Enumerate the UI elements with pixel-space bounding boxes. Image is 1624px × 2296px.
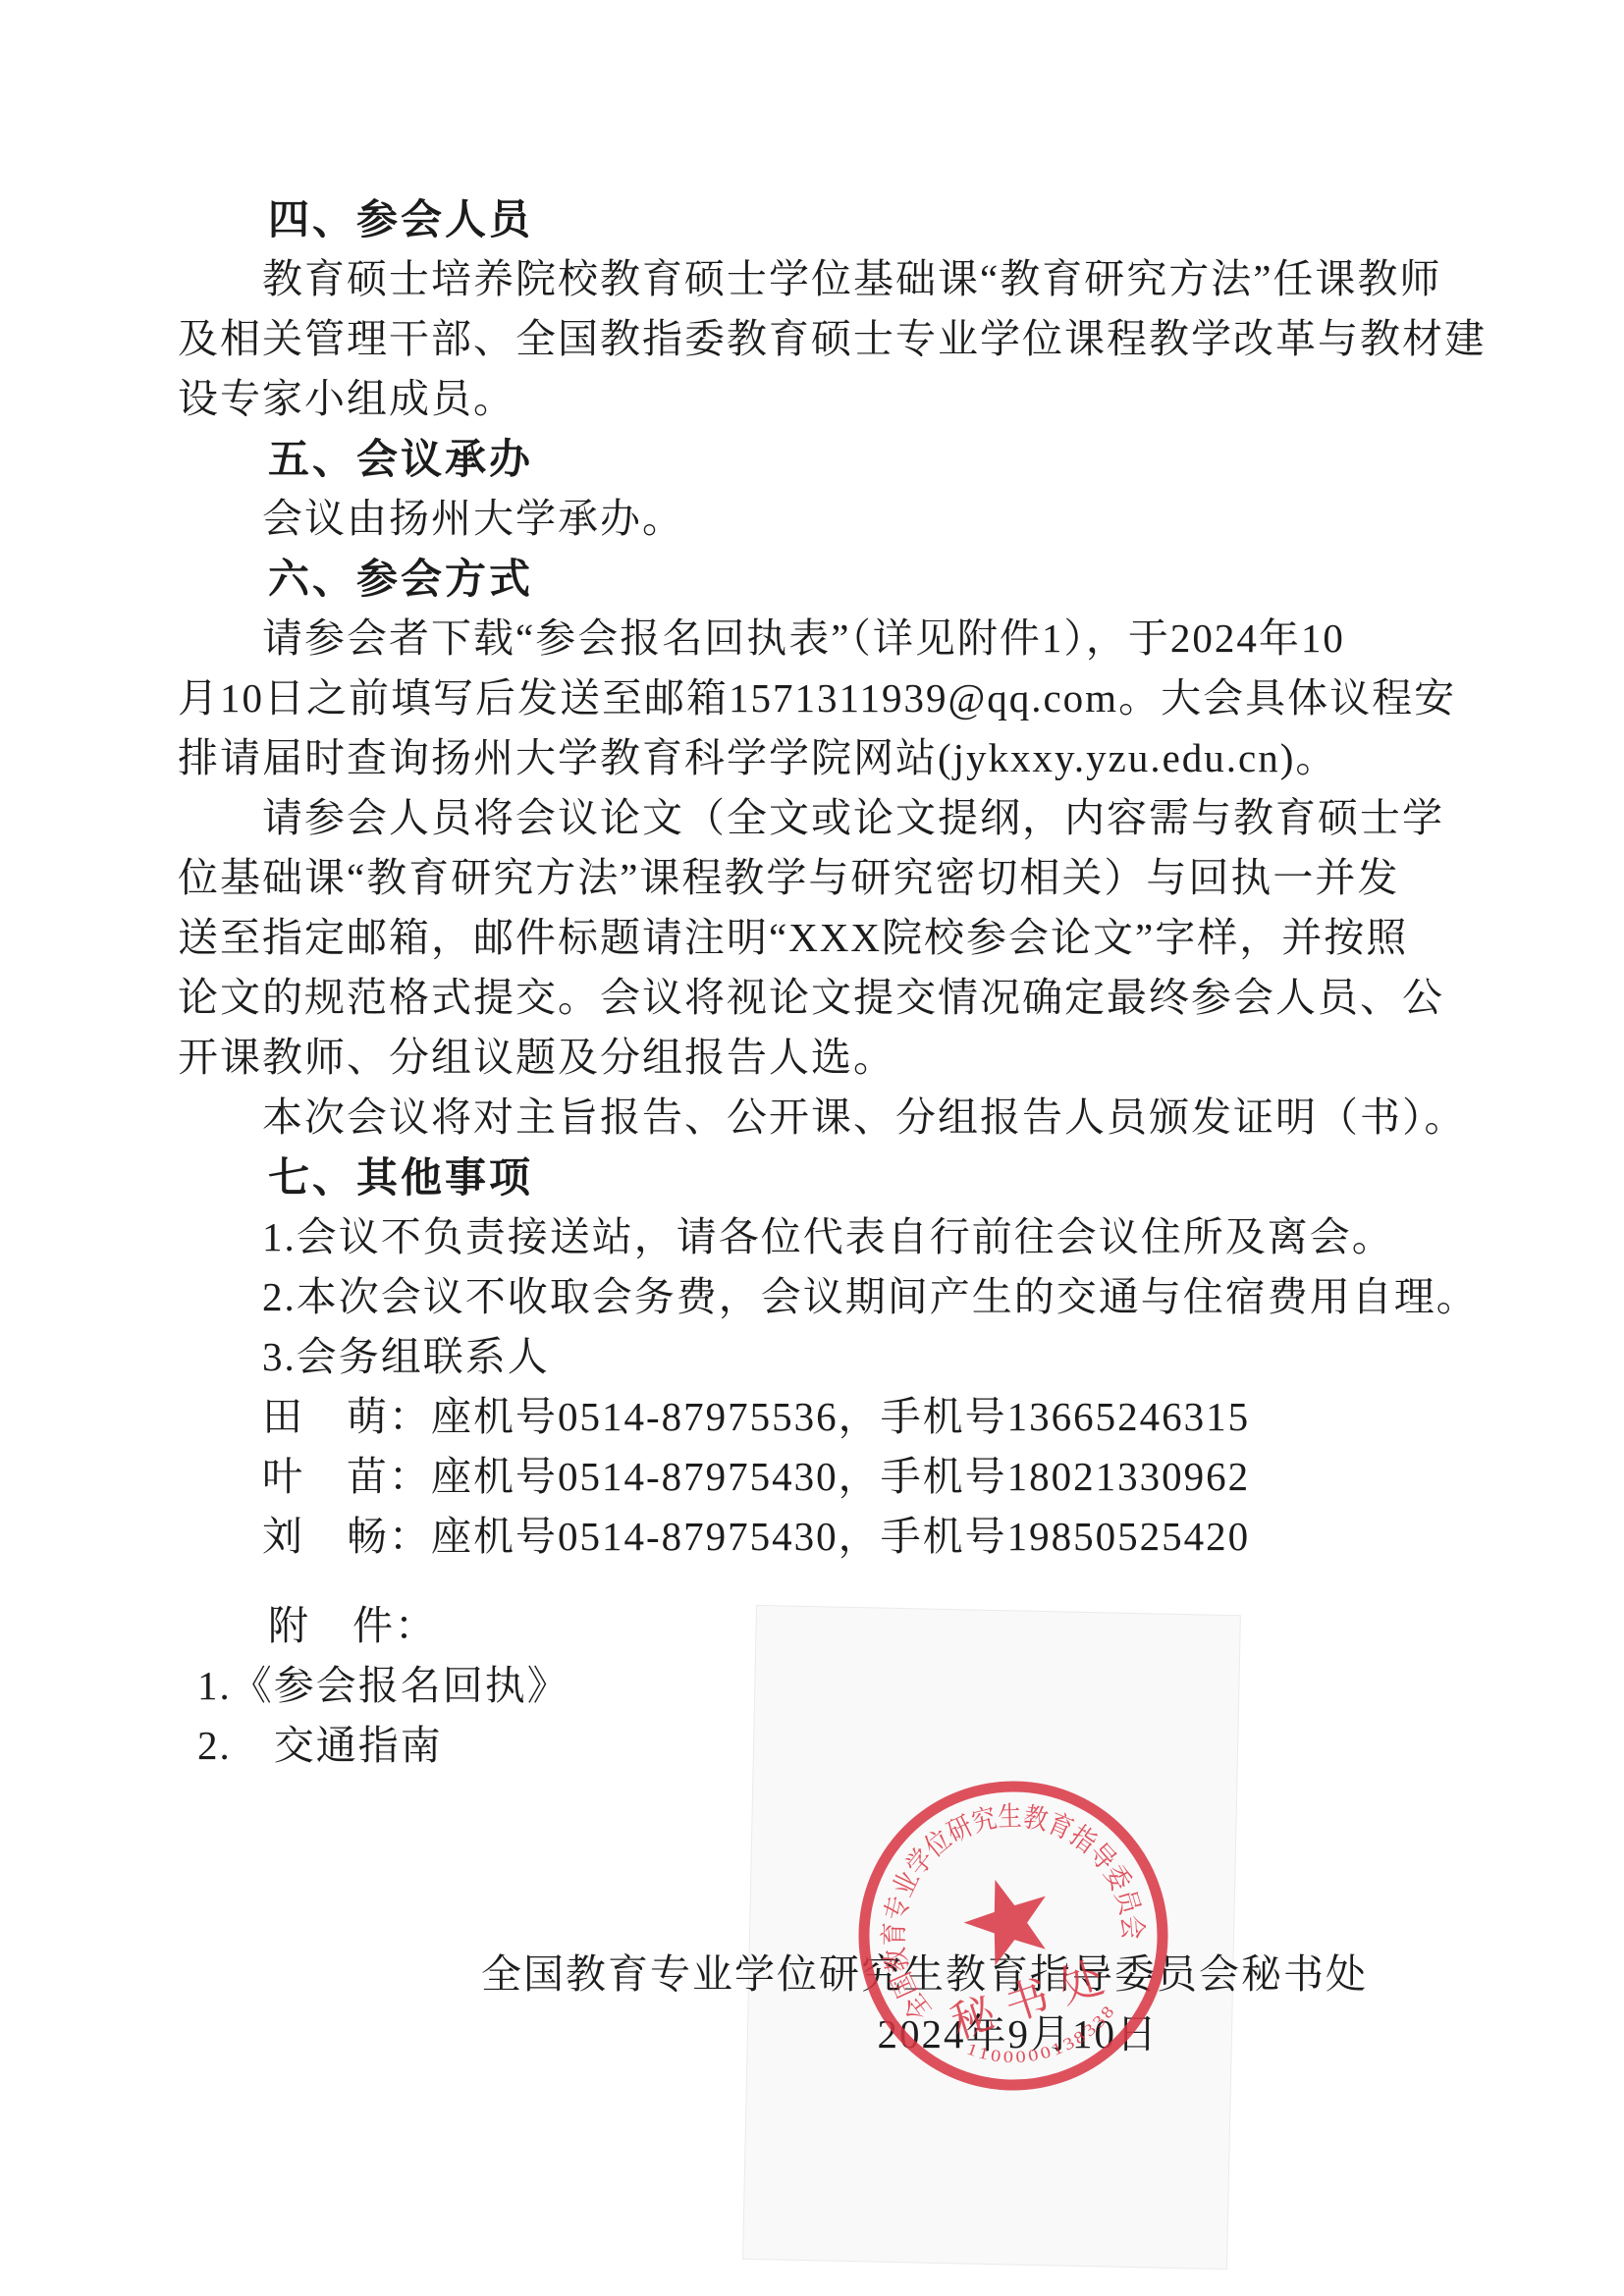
heading-registration: 六、参会方式 — [178, 549, 1487, 609]
other-item-3: 3.会务组联系人 — [178, 1327, 1487, 1387]
body-line: 设专家小组成员。 — [178, 369, 1487, 429]
other-item-2: 2.本次会议不收取会务费，会议期间产生的交通与住宿费用自理。 — [178, 1267, 1487, 1327]
body-line: 请参会者下载“参会报名回执表”（详见附件1），于2024年10 — [178, 609, 1487, 668]
attachment-item: 1.《参会报名回执》 — [178, 1656, 1487, 1716]
heading-other-matters: 七、其他事项 — [178, 1148, 1487, 1207]
body-line: 论文的规范格式提交。会议将视论文提交情况确定最终参会人员、公 — [178, 968, 1487, 1028]
body-line: 位基础课“教育研究方法”课程教学与研究密切相关）与回执一并发 — [178, 848, 1487, 908]
notice-body: 四、参会人员 教育硕士培养院校教育硕士学位基础课“教育研究方法”任课教师 及相关… — [178, 189, 1487, 2064]
heading-organizer: 五、会议承办 — [178, 429, 1487, 489]
other-item-1: 1.会议不负责接送站，请各位代表自行前往会议住所及离会。 — [178, 1207, 1487, 1267]
body-line: 会议由扬州大学承办。 — [178, 489, 1487, 549]
official-seal: 全国教育专业学位研究生教育指导委员会 秘书处 1100000138338 — [846, 1769, 1180, 2103]
contact-line: 叶 苗：座机号0514-87975430，手机号18021330962 — [178, 1447, 1487, 1507]
body-line: 及相关管理干部、全国教指委教育硕士专业学位课程教学改革与教材建 — [178, 309, 1487, 369]
signature-organization: 全国教育专业学位研究生教育指导委员会秘书处 — [178, 1945, 1487, 2004]
document-page: 四、参会人员 教育硕士培养院校教育硕士学位基础课“教育研究方法”任课教师 及相关… — [0, 0, 1624, 2296]
attachments-label: 附 件： — [178, 1596, 1487, 1656]
body-line: 送至指定邮箱，邮件标题请注明“XXX院校参会论文”字样，并按照 — [178, 908, 1487, 968]
heading-participants: 四、参会人员 — [178, 189, 1487, 249]
contact-line: 田 萌：座机号0514-87975536，手机号13665246315 — [178, 1387, 1487, 1447]
star-icon — [954, 1866, 1061, 1970]
attachment-item: 2. 交通指南 — [178, 1716, 1487, 1776]
body-line-email: 月10日之前填写后发送至邮箱1571311939@qq.com。大会具体议程安 — [178, 668, 1487, 728]
body-line: 请参会人员将会议论文（全文或论文提纲，内容需与教育硕士学 — [178, 788, 1487, 848]
body-line: 开课教师、分组议题及分组报告人选。 — [178, 1028, 1487, 1088]
body-line: 本次会议将对主旨报告、公开课、分组报告人员颁发证明（书）。 — [178, 1088, 1487, 1148]
body-line-website: 排请届时查询扬州大学教育科学学院网站(jykxxy.yzu.edu.cn)。 — [178, 728, 1487, 788]
signature-date: 2024年9月10日 — [178, 2004, 1487, 2064]
contact-line: 刘 畅：座机号0514-87975430，手机号19850525420 — [178, 1507, 1487, 1567]
body-line: 教育硕士培养院校教育硕士学位基础课“教育研究方法”任课教师 — [178, 249, 1487, 309]
